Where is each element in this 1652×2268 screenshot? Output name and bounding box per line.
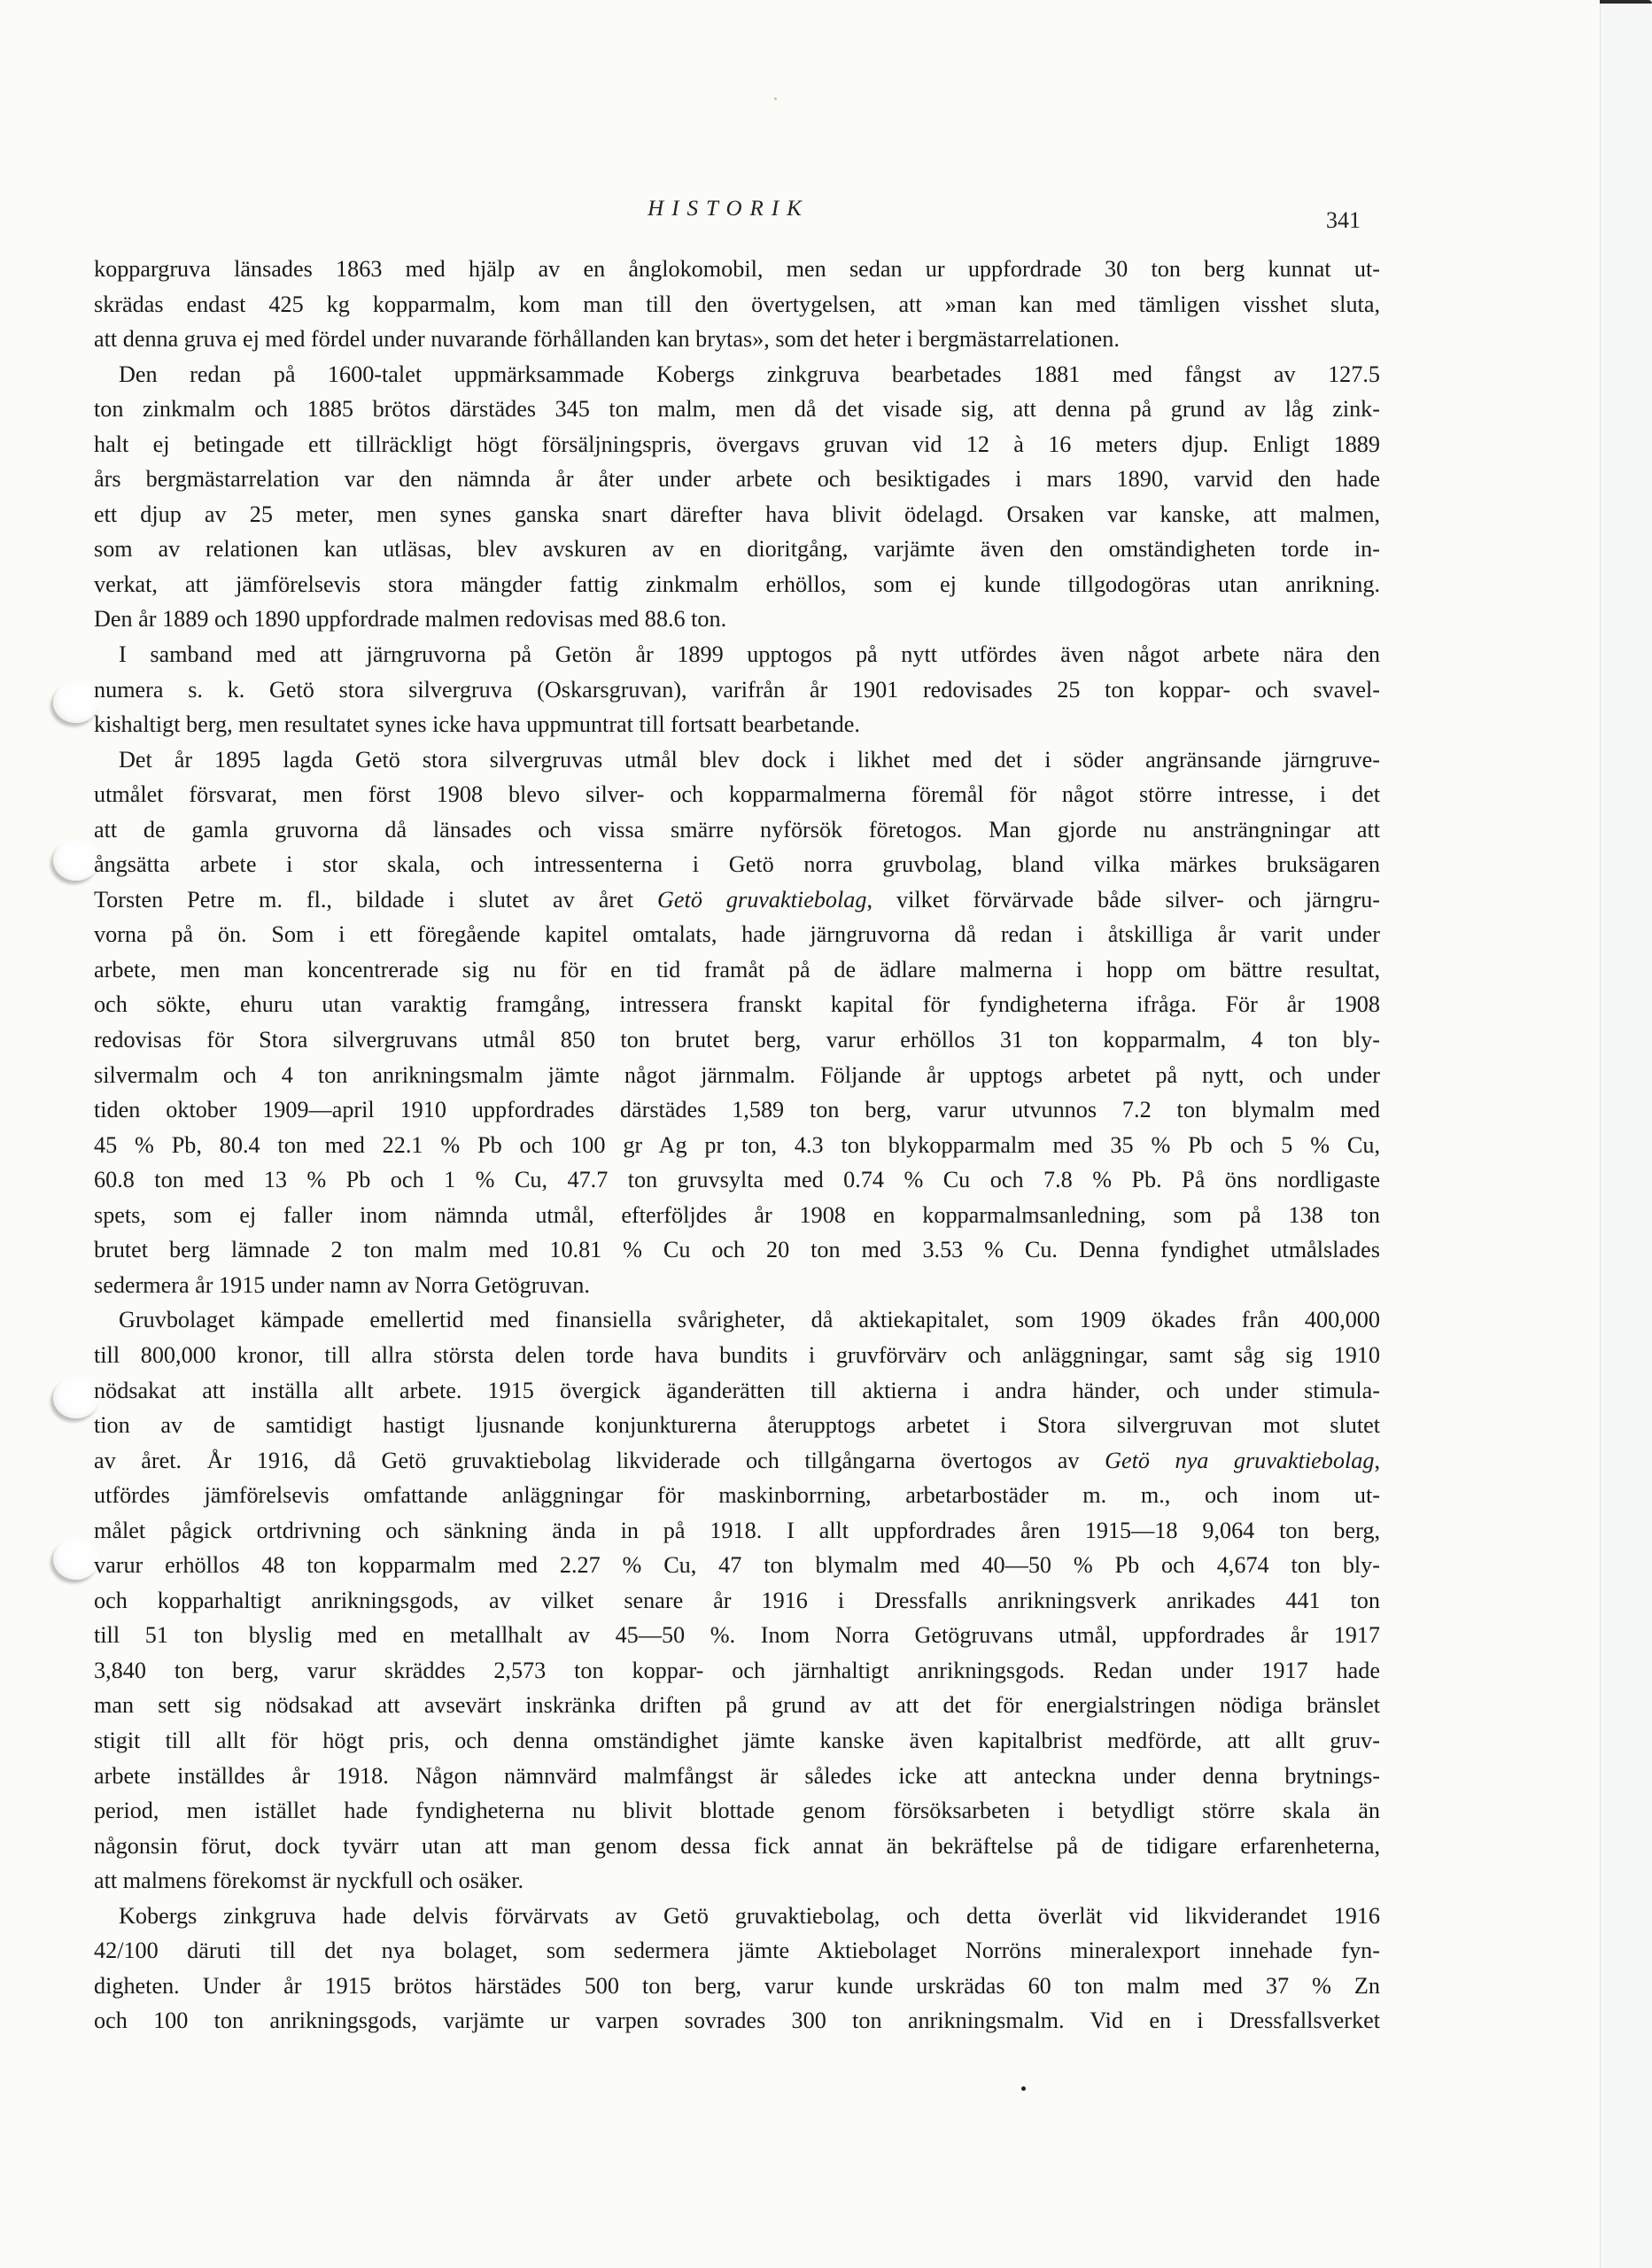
text-line: utfördes jämförelsevis omfattande anlägg… xyxy=(94,1478,1380,1513)
text-line: tion av de samtidigt hastigt ljusnande k… xyxy=(94,1408,1380,1443)
text-segment: av året. År 1916, då Getö gruvaktiebolag… xyxy=(94,1448,1105,1473)
text-line: 42/100 däruti till det nya bolaget, som … xyxy=(94,1933,1380,1969)
text-line: som av relationen kan utläsas, blev avsk… xyxy=(94,532,1380,567)
text-line: verkat, att jämförelsevis stora mängder … xyxy=(94,567,1380,602)
text-line: Gruvbolaget kämpade emellertid med finan… xyxy=(94,1302,1380,1338)
text-line: vorna på ön. Som i ett föregående kapite… xyxy=(94,917,1380,952)
text-line: brutet berg lämnade 2 ton malm med 10.81… xyxy=(94,1232,1380,1268)
text-line: Kobergs zinkgruva hade delvis förvärvats… xyxy=(94,1899,1380,1934)
scan-backing-strip xyxy=(1600,0,1652,2268)
body-text: koppargruva länsades 1863 med hjälp av e… xyxy=(94,252,1380,2039)
text-line: man sett sig nödsakad att avsevärt inskr… xyxy=(94,1688,1380,1723)
paper-speck xyxy=(774,97,777,100)
text-segment: , xyxy=(1374,1448,1380,1473)
text-segment: Torsten Petre m. fl., bildade i slutet a… xyxy=(94,887,657,913)
text-line: till 51 ton blyslig med en metallhalt av… xyxy=(94,1618,1380,1653)
text-line: och sökte, ehuru utan varaktig framgång,… xyxy=(94,987,1380,1022)
text-line: digheten. Under år 1915 brötos härstädes… xyxy=(94,1969,1380,2004)
text-line: varur erhöllos 48 ton kopparmalm med 2.2… xyxy=(94,1548,1380,1583)
text-line: silvermalm och 4 ton anrikningsmalm jämt… xyxy=(94,1058,1380,1093)
text-line: sedermera år 1915 under namn av Norra Ge… xyxy=(94,1268,1380,1303)
text-line: stigit till allt för högt pris, och denn… xyxy=(94,1723,1380,1759)
text-line: 60.8 ton med 13 % Pb och 1 % Cu, 47.7 to… xyxy=(94,1162,1380,1198)
text-line: 45 % Pb, 80.4 ton med 22.1 % Pb och 100 … xyxy=(94,1128,1380,1163)
text-line: skrädas endast 425 kg kopparmalm, kom ma… xyxy=(94,287,1380,322)
text-line: tiden oktober 1909—april 1910 uppfordrad… xyxy=(94,1092,1380,1128)
text-line: till 800,000 kronor, till allra största … xyxy=(94,1338,1380,1373)
company-name-italic: Getö gruvaktiebolag xyxy=(657,887,866,913)
text-line: Torsten Petre m. fl., bildade i slutet a… xyxy=(94,882,1380,918)
scan-backing-edge xyxy=(1600,0,1652,4)
text-line: numera s. k. Getö stora silvergruva (Osk… xyxy=(94,672,1380,708)
text-line: ton zinkmalm och 1885 brötos därstädes 3… xyxy=(94,392,1380,427)
text-line: och kopparhaltigt anrikningsgods, av vil… xyxy=(94,1583,1380,1619)
text-line: och 100 ton anrikningsgods, varjämte ur … xyxy=(94,2003,1380,2039)
text-line: arbete, men man koncentrerade sig nu för… xyxy=(94,952,1380,988)
punch-hole-1 xyxy=(53,682,99,723)
text-line: Den år 1889 och 1890 uppfordrade malmen … xyxy=(94,602,1380,637)
text-line: Den redan på 1600-talet uppmärksammade K… xyxy=(94,357,1380,392)
text-line: målet pågick ortdrivning och sänkning än… xyxy=(94,1513,1380,1549)
company-name-italic: Getö nya gruvaktiebolag xyxy=(1105,1448,1374,1473)
text-line: att denna gruva ej med fördel under nuva… xyxy=(94,322,1380,357)
running-head: HISTORIK xyxy=(620,197,837,221)
text-line: någonsin förut, dock tyvärr utan att man… xyxy=(94,1829,1380,1864)
text-line: att de gamla gruvorna då länsades och vi… xyxy=(94,812,1380,848)
punch-hole-4 xyxy=(53,1539,99,1580)
text-segment: , vilket förvärvade både silver- och jär… xyxy=(866,887,1380,913)
text-line: arbete inställdes år 1918. Någon nämnvär… xyxy=(94,1759,1380,1794)
text-line: års bergmästarrelation var den nämnda år… xyxy=(94,462,1380,497)
text-line: I samband med att järngruvorna på Getön … xyxy=(94,637,1380,672)
text-line: Det år 1895 lagda Getö stora silvergruva… xyxy=(94,742,1380,778)
text-line: av året. År 1916, då Getö gruvaktiebolag… xyxy=(94,1443,1380,1479)
text-line: ångsätta arbete i stor skala, och intres… xyxy=(94,847,1380,882)
text-line: period, men istället hade fyndigheterna … xyxy=(94,1793,1380,1829)
text-line: att malmens förekomst är nyckfull och os… xyxy=(94,1863,1380,1899)
text-line: utmålet försvarat, men först 1908 blevo … xyxy=(94,777,1380,812)
paper-speck xyxy=(1021,2086,1026,2091)
punch-hole-3 xyxy=(53,1378,99,1418)
text-line: nödsakat att inställa allt arbete. 1915 … xyxy=(94,1373,1380,1409)
text-line: koppargruva länsades 1863 med hjälp av e… xyxy=(94,252,1380,287)
text-line: redovisas för Stora silvergruvans utmål … xyxy=(94,1022,1380,1058)
text-line: 3,840 ton berg, varur skräddes 2,573 ton… xyxy=(94,1653,1380,1689)
text-line: halt ej betingade ett tillräckligt högt … xyxy=(94,427,1380,462)
punch-hole-2 xyxy=(53,840,99,881)
page-number: 341 xyxy=(1326,207,1361,234)
text-line: kishaltigt berg, men resultatet synes ic… xyxy=(94,707,1380,742)
text-line: spets, som ej faller inom nämnda utmål, … xyxy=(94,1198,1380,1233)
text-line: ett djup av 25 meter, men synes ganska s… xyxy=(94,497,1380,532)
